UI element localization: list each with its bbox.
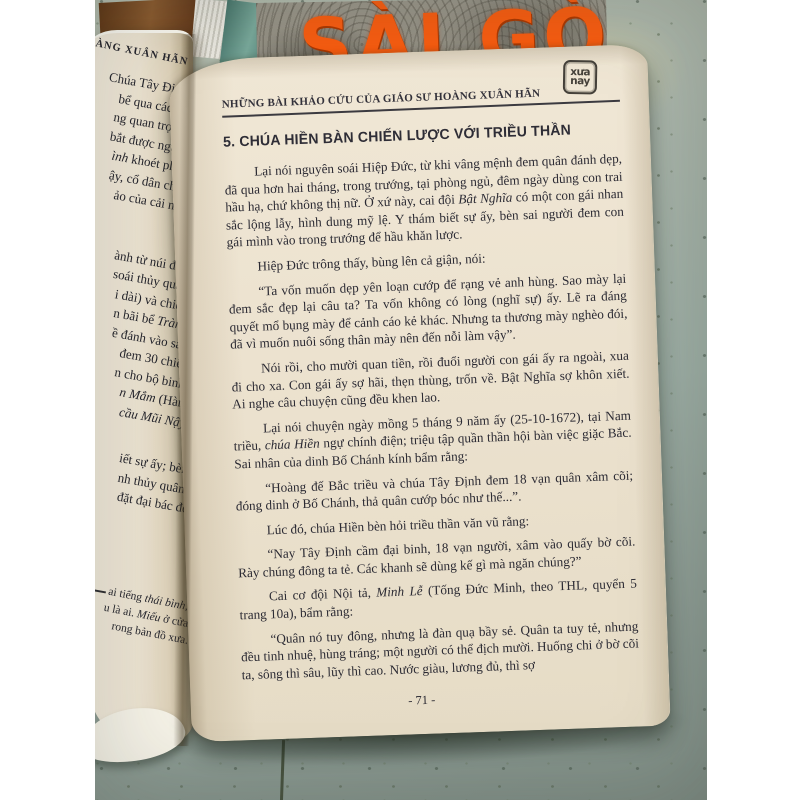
paragraph: “Nay Tây Định cầm đại binh, 18 vạn người… bbox=[237, 533, 636, 582]
paragraph: Nói rồi, cho mười quan tiền, rồi đuổi ng… bbox=[231, 347, 631, 414]
section-title: 5. CHÚA HIỀN BÀN CHIẾN LƯỢC VỚI TRIỀU TH… bbox=[223, 121, 609, 150]
paragraph: “Quân nó tuy đông, nhưng là đàn quạ bầy … bbox=[240, 617, 640, 684]
paragraph: “Ta vốn muốn dẹp yên loạn cướp để rạng v… bbox=[228, 269, 628, 353]
photo-of-open-book: SÀI GÒN SƯ HOÀNG XUÂN HÃN Chúa Tây Địnhb… bbox=[0, 0, 800, 800]
left-page-fragments-3: iết sự ấy; bènnh thủy quân,đặt đại bác đ… bbox=[95, 460, 188, 519]
xua-nay-seal: xưa nay bbox=[563, 60, 598, 95]
paragraph: Lại nói chuyện ngày mồng 5 tháng 9 năm ấ… bbox=[233, 406, 633, 473]
seal-text-bottom: nay bbox=[570, 77, 590, 87]
photo-area: SÀI GÒN SƯ HOÀNG XUÂN HÃN Chúa Tây Địnhb… bbox=[95, 0, 707, 800]
body-text: Lại nói nguyên soái Hiệp Đức, từ khi vân… bbox=[224, 150, 640, 684]
paragraph: Lại nói nguyên soái Hiệp Đức, từ khi vân… bbox=[224, 150, 625, 252]
right-page: xưa nay NHỮNG BÀI KHẢO CỨU CỦA GIÁO SƯ H… bbox=[168, 44, 671, 742]
page-number: - 71 - bbox=[243, 687, 601, 714]
right-page-content: xưa nay NHỮNG BÀI KHẢO CỨU CỦA GIÁO SƯ H… bbox=[222, 85, 641, 717]
paragraph: “Hoàng đế Bắc triều và chúa Tây Định đem… bbox=[235, 466, 634, 515]
left-page-footnotes: ai tiếng thái bình,u là ai. Miếu ở cửaro… bbox=[95, 599, 188, 650]
left-page-fragments-2: ành từ núi đếnsoái thủy quâni dài) và ch… bbox=[95, 258, 188, 434]
paragraph: Cai cơ đội Nội tả, Minh Lễ (Tống Đức Min… bbox=[239, 575, 638, 624]
